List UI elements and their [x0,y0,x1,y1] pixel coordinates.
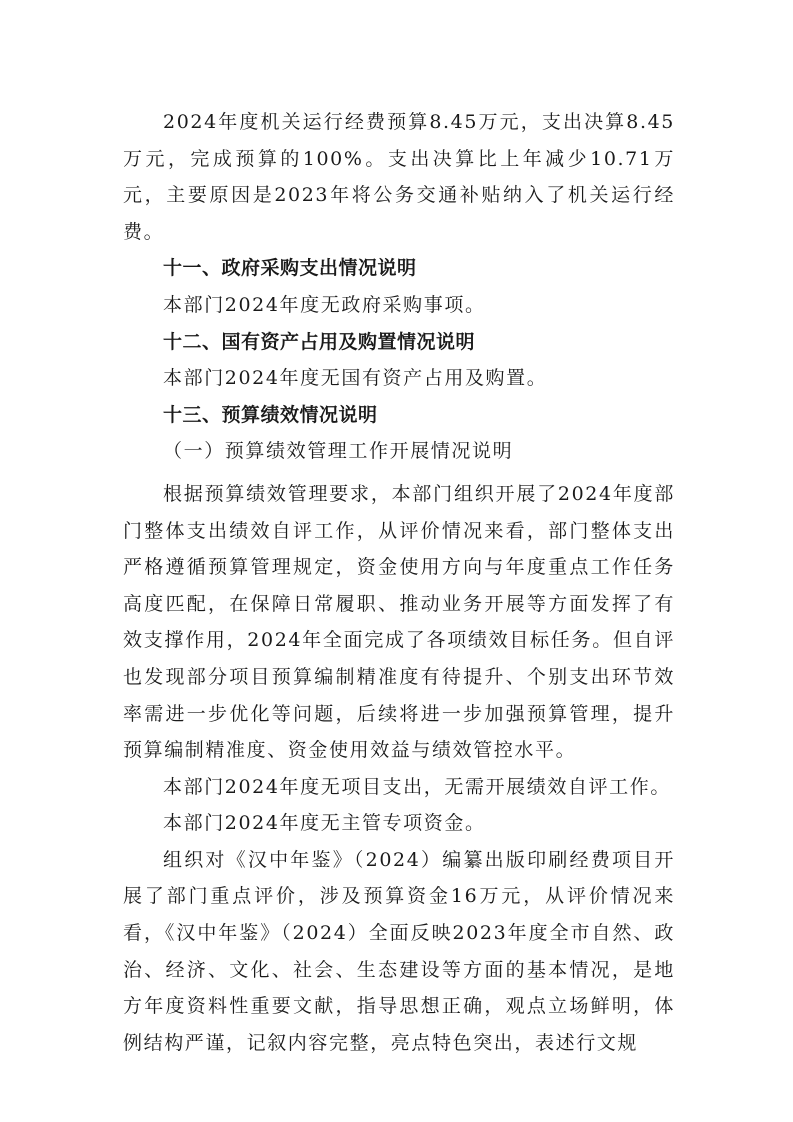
paragraph-no-project-expenditure: 本部门2024年度无项目支出，无需开展绩效自评工作。 [123,769,675,806]
subheading-performance-management: （一）预算绩效管理工作开展情况说明 [123,433,675,470]
heading-state-assets: 十二、国有资产占用及购置情况说明 [123,324,675,361]
heading-budget-performance: 十三、预算绩效情况说明 [123,397,675,434]
paragraph-procurement: 本部门2024年度无政府采购事项。 [123,287,675,324]
paragraph-yearbook-evaluation: 组织对《汉中年鉴》（2024）编纂出版印刷经费项目开展了部门重点评价，涉及预算资… [123,842,675,1062]
paragraph-no-special-funds: 本部门2024年度无主管专项资金。 [123,805,675,842]
paragraph-operating-expenses: 2024年度机关运行经费预算8.45万元，支出决算8.45万元，完成预算的100… [123,104,675,250]
paragraph-assets: 本部门2024年度无国有资产占用及购置。 [123,360,675,397]
paragraph-self-evaluation: 根据预算绩效管理要求，本部门组织开展了2024年度部门整体支出绩效自评工作，从评… [123,476,675,769]
document-page: 2024年度机关运行经费预算8.45万元，支出决算8.45万元，完成预算的100… [123,104,675,1061]
heading-government-procurement: 十一、政府采购支出情况说明 [123,250,675,287]
